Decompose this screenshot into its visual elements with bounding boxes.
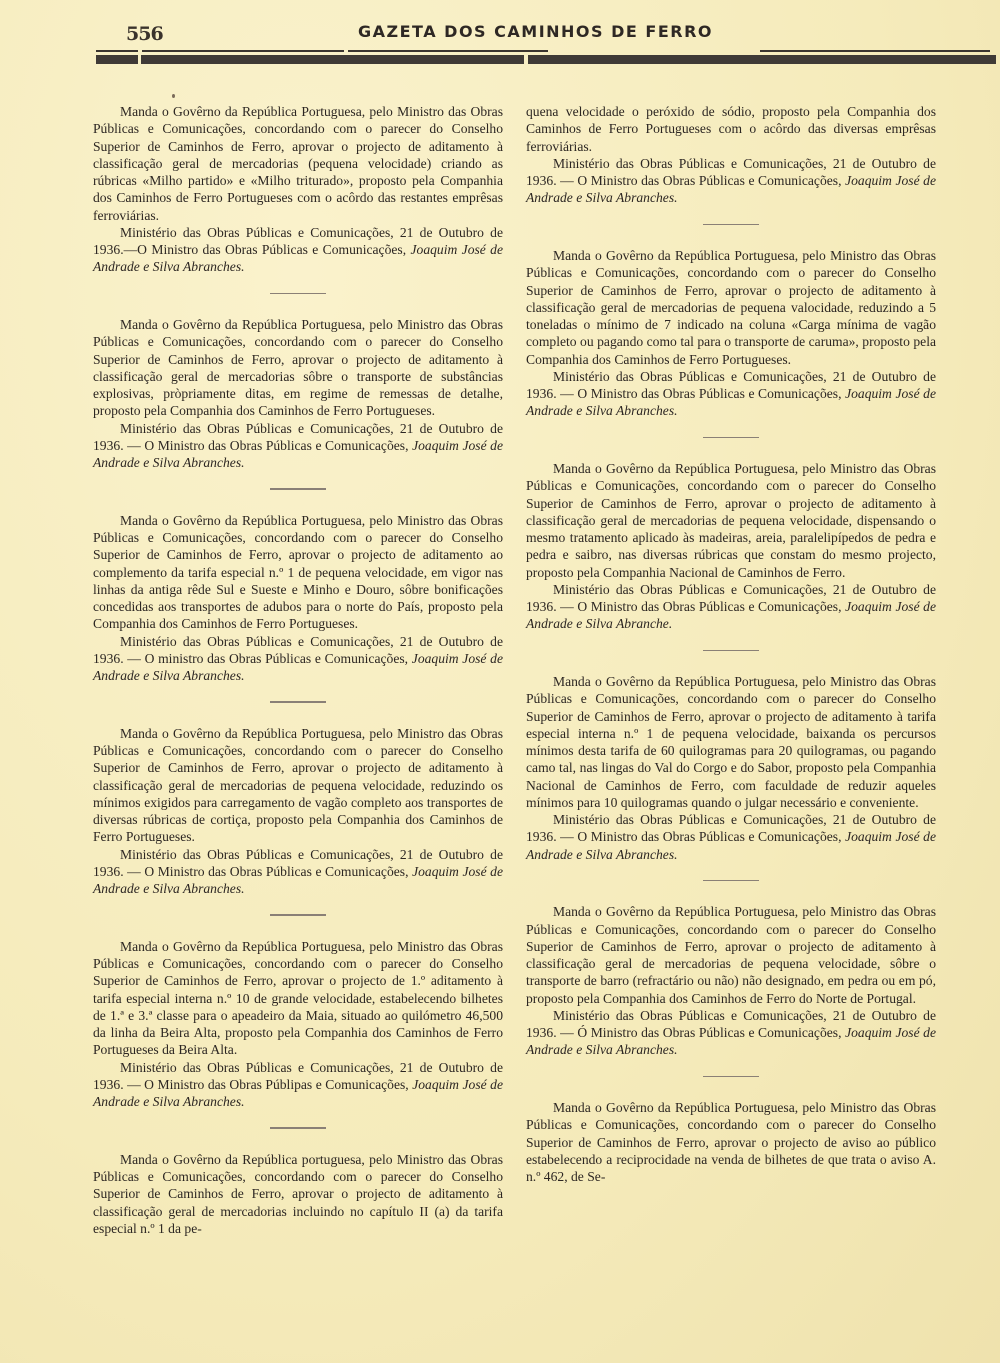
- decree-closing: Ministério das Obras Públicas e Comunica…: [526, 368, 936, 420]
- header-rule-thin: [96, 50, 138, 52]
- decree-body: Manda o Govêrno da República Portuguesa,…: [93, 316, 503, 420]
- decree-body: Manda o Govêrno da República portuguesa,…: [93, 1151, 503, 1237]
- header-rule-thick: [528, 55, 996, 64]
- decree-body: Manda o Govêrno da República Portuguesa,…: [93, 938, 503, 1059]
- decree-closing: Ministério das Obras Públicas e Comunica…: [93, 633, 503, 685]
- decree-body: Manda o Govêrno da República Portuguesa,…: [93, 103, 503, 224]
- decree-body: Manda o Govêrno da República Portuguesa,…: [93, 725, 503, 846]
- header-rule-thick: [141, 55, 524, 64]
- decree: Manda o Govêrno da República Portuguesa,…: [526, 673, 936, 863]
- decree: Manda o Govêrno da República Portuguesa,…: [526, 247, 936, 420]
- decree-body: Manda o Govêrno da República Portuguesa,…: [526, 1099, 936, 1185]
- decree-closing: Ministério das Obras Públicas e Comunica…: [93, 420, 503, 472]
- decree-body: Manda o Govêrno da República Portuguesa,…: [93, 512, 503, 633]
- decree-closing: Ministério das Obras Públicas e Comunica…: [93, 1059, 503, 1111]
- decree: Manda o Govêrno da República Portuguesa,…: [93, 103, 503, 276]
- left-column: Manda o Govêrno da República Portuguesa,…: [93, 103, 503, 1237]
- right-column: quena velocidade o peróxido de sódio, pr…: [526, 103, 936, 1185]
- page-number: 556: [126, 23, 163, 45]
- decree: Manda o Govêrno da República Portuguesa,…: [93, 512, 503, 685]
- paper-speck: [172, 94, 175, 98]
- decree: Manda o Govêrno da República Portuguesa,…: [526, 460, 936, 633]
- decree-closing: Ministério das Obras Públicas e Comunica…: [526, 1007, 936, 1059]
- decree-closing: Ministério das Obras Públicas e Comunica…: [526, 155, 936, 207]
- decree: Manda o Govêrno da República Portuguesa,…: [93, 938, 503, 1111]
- decree-body: Manda o Govêrno da República Portuguesa,…: [526, 673, 936, 811]
- decree: Manda o Govêrno da República portuguesa,…: [93, 1151, 503, 1237]
- decree-continuation: quena velocidade o peróxido de sódio, pr…: [526, 103, 936, 207]
- header-rule-thick: [96, 55, 138, 64]
- decree-closing: Ministério das Obras Públicas e Comunica…: [526, 811, 936, 863]
- decree: Manda o Govêrno da República Portuguesa,…: [93, 316, 503, 471]
- decree-closing: Ministério das Obras Públicas e Comunica…: [93, 846, 503, 898]
- decree: Manda o Govêrno da República Portuguesa,…: [526, 903, 936, 1058]
- decree-closing: Ministério das Obras Públicas e Comunica…: [93, 224, 503, 276]
- header-rule-thin: [760, 50, 990, 52]
- decree-body: quena velocidade o peróxido de sódio, pr…: [526, 103, 936, 155]
- decree: Manda o Govêrno da República Portuguesa,…: [93, 725, 503, 898]
- page-header: 556 GAZETA DOS CAMINHOS DE FERRO: [96, 18, 1000, 68]
- header-rule-thin: [348, 50, 548, 52]
- header-rule-thin: [142, 50, 344, 52]
- decree-body: Manda o Govêrno da República Portuguesa,…: [526, 247, 936, 368]
- decree-closing: Ministério das Obras Públicas e Comunica…: [526, 581, 936, 633]
- decree-body: Manda o Govêrno da República Portuguesa,…: [526, 460, 936, 581]
- journal-title: GAZETA DOS CAMINHOS DE FERRO: [358, 22, 713, 41]
- decree: Manda o Govêrno da República Portuguesa,…: [526, 1099, 936, 1185]
- decree-body: Manda o Govêrno da República Portuguesa,…: [526, 903, 936, 1007]
